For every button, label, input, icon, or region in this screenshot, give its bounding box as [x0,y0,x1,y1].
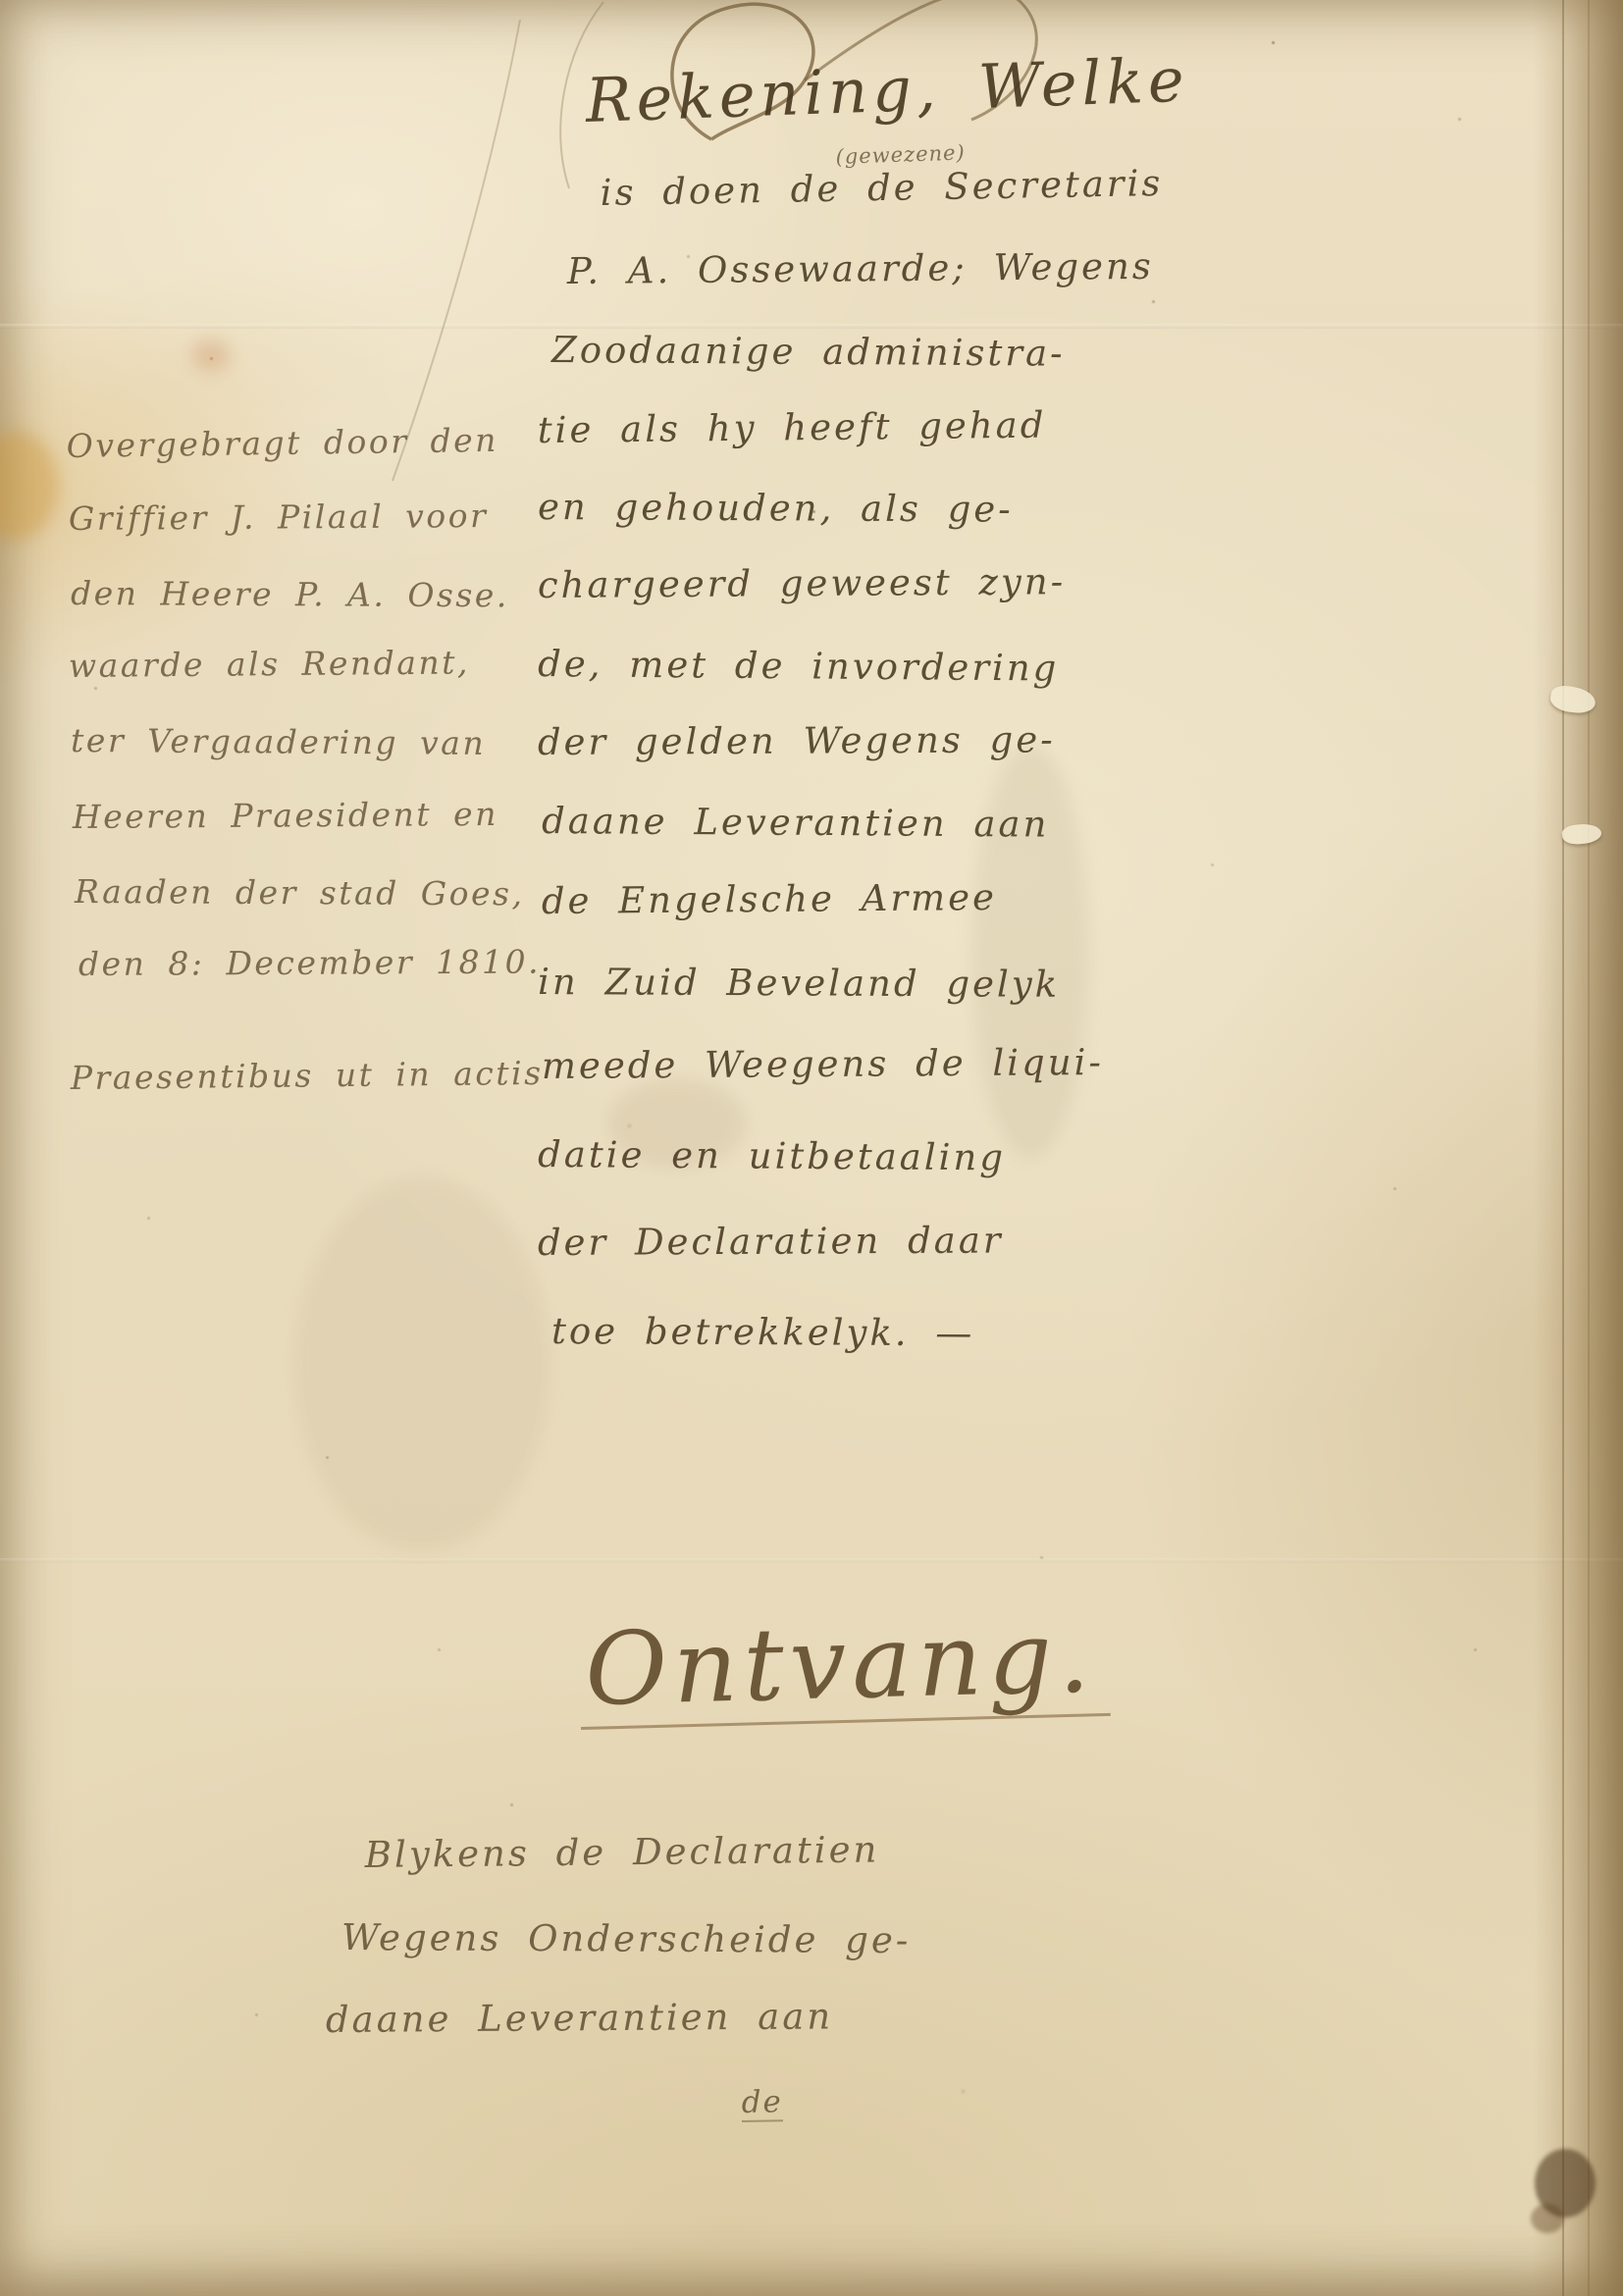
body-line: toe betrekkelyk. — [551,1313,974,1351]
receipt-line: Wegens Onderscheide ge- [341,1919,911,1958]
body-line: Zoodaanige administra- [551,332,1066,372]
interline-insertion: (gewezene) [835,142,966,168]
body-line: tie als hy heeft gehad [538,407,1047,448]
page-edge-line [1562,0,1564,2296]
body-line: meede Weegens de liqui- [542,1044,1104,1084]
body-line: daane Leverantien aan [542,803,1050,843]
body-line: der gelden Wegens ge- [538,721,1056,760]
section-heading-ontvang: Ontvang. [578,1607,1111,1730]
receipt-line: daane Leverantien aan [326,1998,834,2038]
body-line: in Zuid Beveland gelyk [538,964,1060,1003]
manuscript-page: Rekening, Welke (gewezene) is doen de de… [0,0,1623,2296]
catchword: de [741,2087,783,2122]
body-line: is doen de de Secretaris [600,165,1163,211]
fold-crease [0,1558,1623,1563]
receipt-line: Blykens de Declaratien [365,1832,880,1873]
margin-note-line: Heeren Praesident en [73,798,498,833]
margin-note-line: Praesentibus ut in actis [71,1057,544,1094]
show-through [294,1177,550,1550]
body-line: P. A. Ossewaarde; Wegens [567,248,1154,289]
margin-note-line: waarde als Rendant, [69,646,470,682]
stain [0,432,59,540]
body-line: datie en uitbetaaling [538,1136,1006,1175]
margin-note-line: Overgebragt door den [67,424,499,462]
body-line: de Engelsche Armee [542,879,997,919]
margin-note-line: den 8: December 1810. [79,946,541,980]
paper-speckles [0,0,3,3]
fold-crease [0,324,1623,329]
margin-note-line: ter Vergaadering van [71,724,486,759]
body-line: der Declaratien daar [538,1223,1004,1261]
ink-blotch [1531,2204,1564,2233]
stain [191,339,231,372]
page-edge-line [1588,0,1590,2296]
margin-note-line: Griffier J. Pilaal voor [69,499,489,535]
body-line: en gehouden, als ge- [538,489,1014,528]
margin-note-line: den Heere P. A. Osse. [71,577,509,611]
body-line: de, met de invordering [538,646,1060,687]
margin-note-line: Raaden der stad Goes, [75,875,525,910]
body-line: chargeerd geweest zyn- [538,563,1067,603]
book-edge-strip [1533,0,1623,2296]
